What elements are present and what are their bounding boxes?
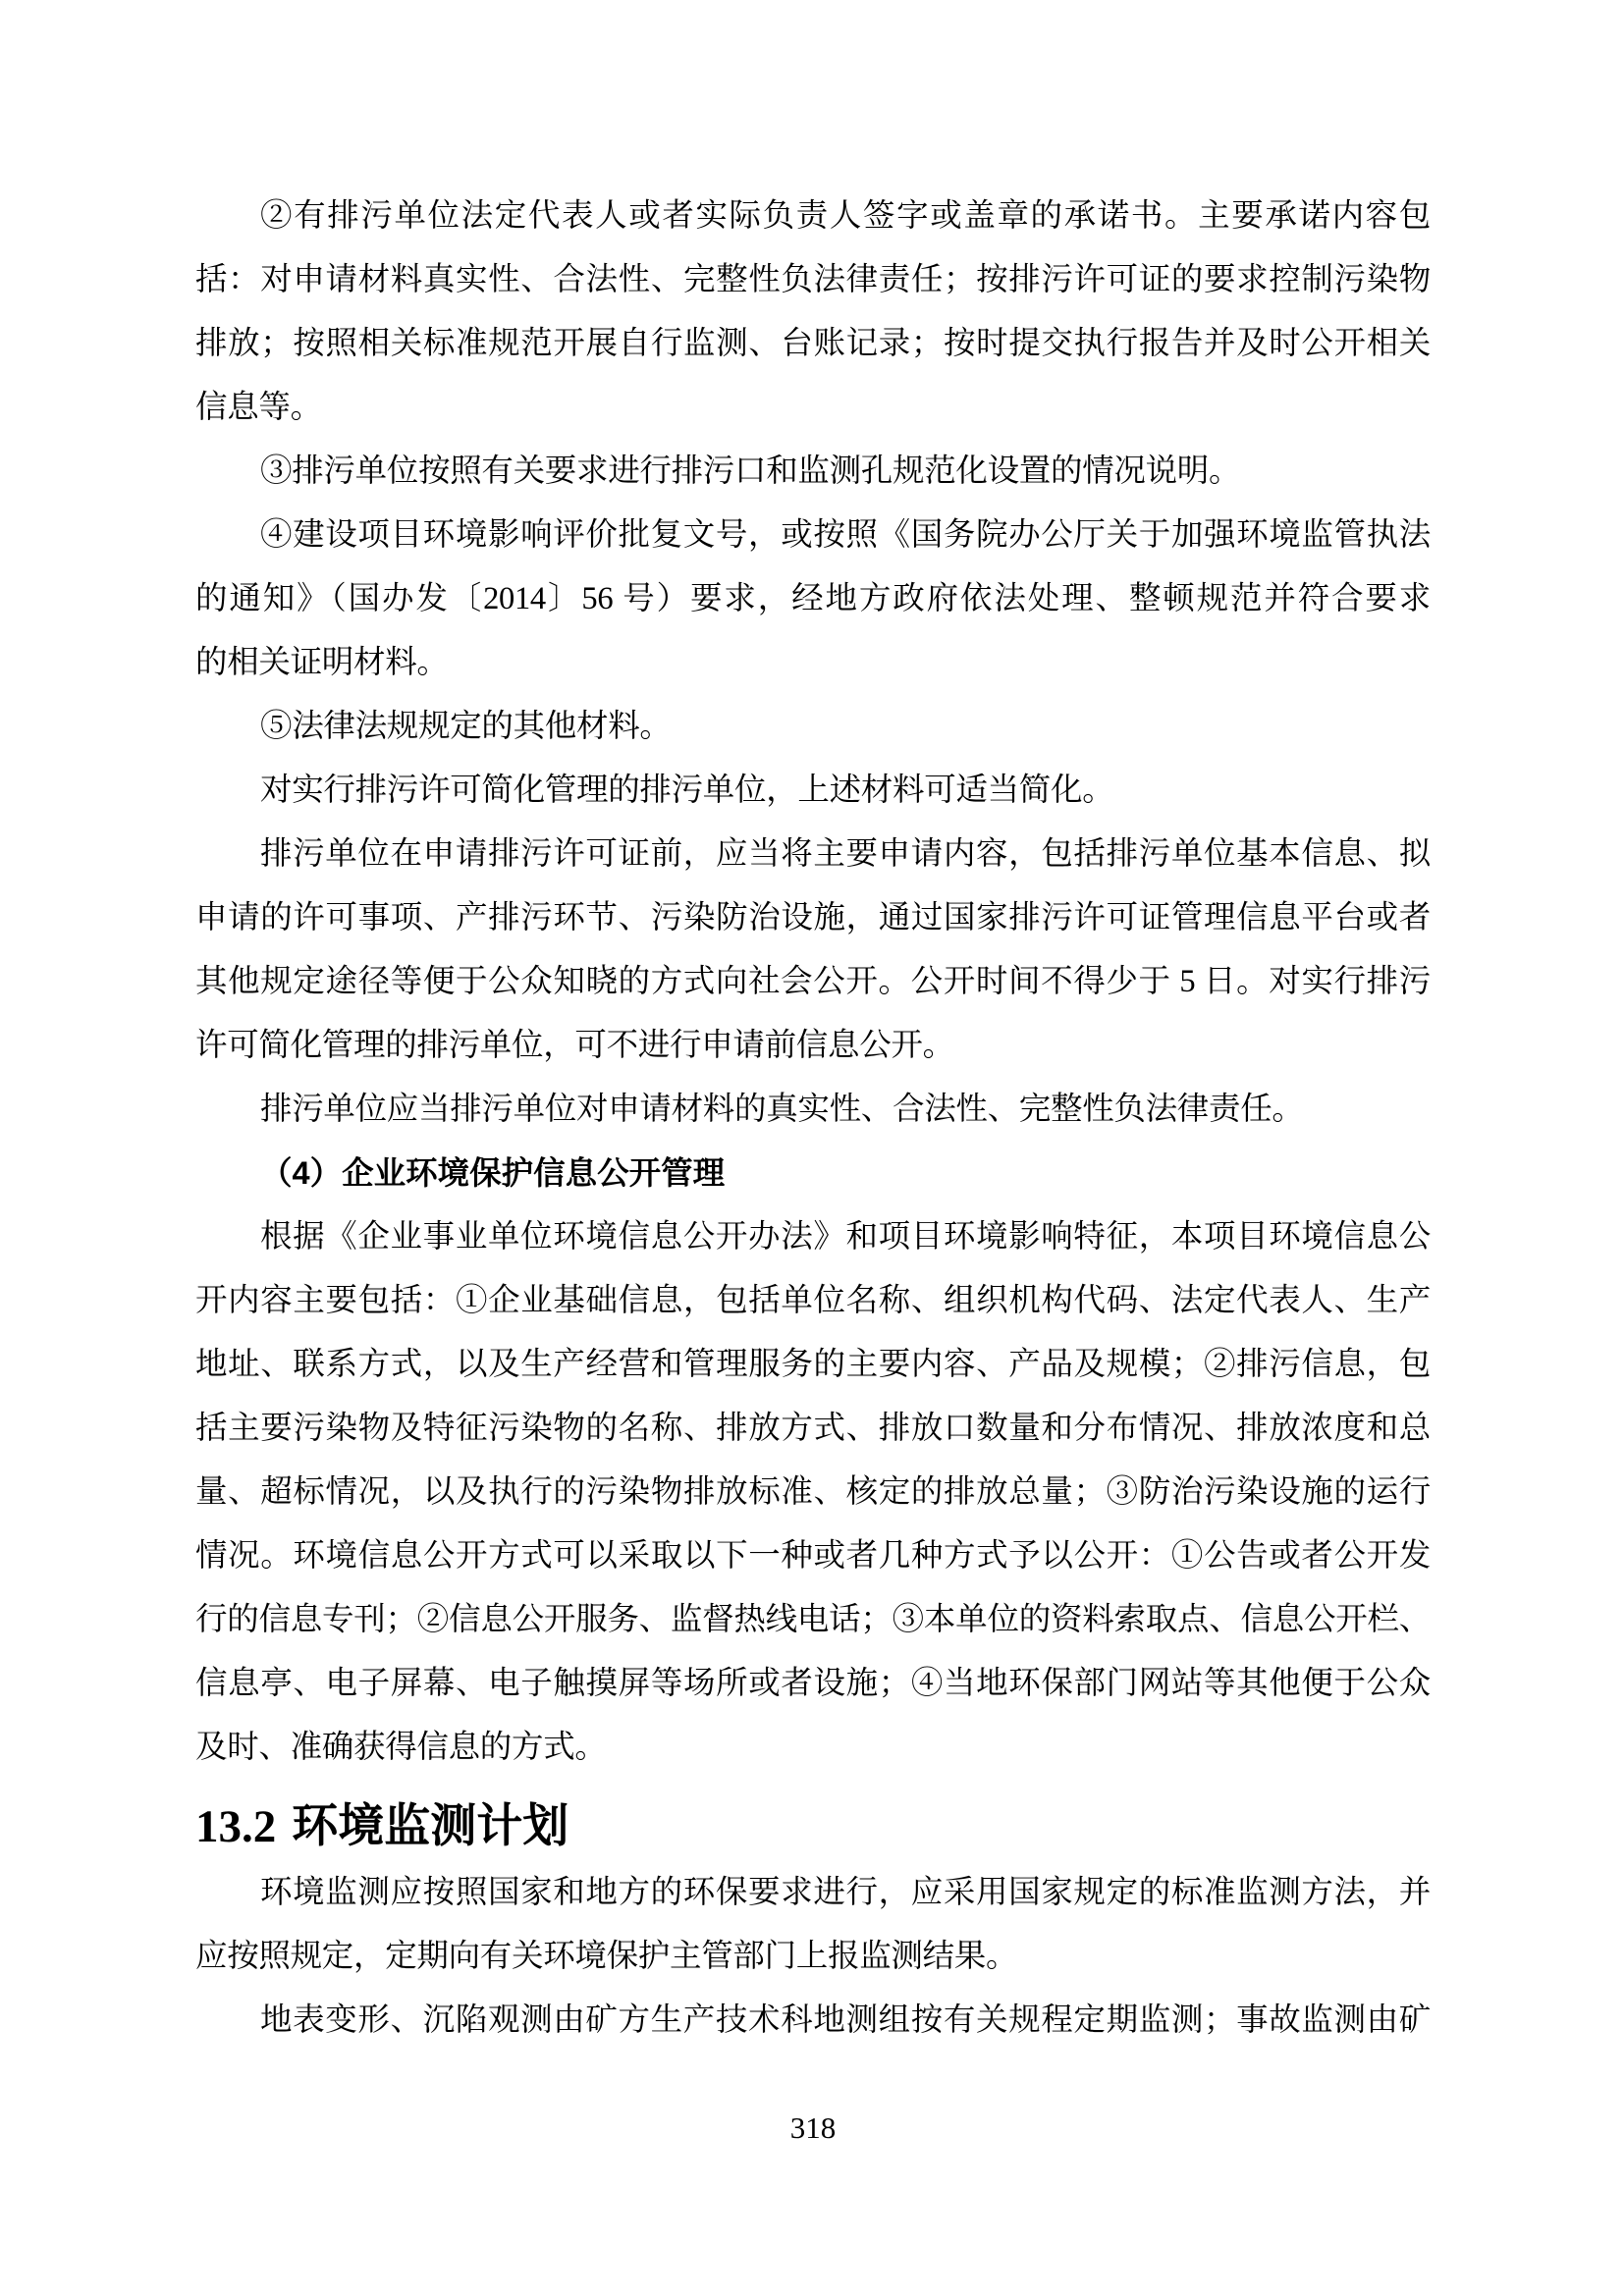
- text-line: 根据《企业事业单位环境信息公开办法》和项目环境影响特征，本项目环境信息公: [195, 1205, 1431, 1269]
- text-line: 开内容主要包括：①企业基础信息，包括单位名称、组织机构代码、法定代表人、生产: [195, 1269, 1431, 1333]
- text-line: 其他规定途径等便于公众知晓的方式向社会公开。公开时间不得少于 5 日。对实行排污: [195, 950, 1431, 1014]
- section-title: 环境监测计划: [292, 1799, 568, 1851]
- text-line: 对实行排污许可简化管理的排污单位，上述材料可适当简化。: [195, 759, 1431, 823]
- text-line: 括主要污染物及特征污染物的名称、排放方式、排放口数量和分布情况、排放浓度和总: [195, 1397, 1431, 1461]
- text-line: 排污单位应当排污单位对申请材料的真实性、合法性、完整性负法律责任。: [195, 1078, 1431, 1142]
- text-block: ②有排污单位法定代表人或者实际负责人签字或盖章的承诺书。主要承诺内容包括：对申请…: [195, 185, 1431, 2053]
- text-line: ⑤法律法规规定的其他材料。: [195, 695, 1431, 759]
- text-line: 许可简化管理的排污单位，可不进行申请前信息公开。: [195, 1014, 1431, 1078]
- text-line: 排污单位在申请排污许可证前，应当将主要申请内容，包括排污单位基本信息、拟: [195, 823, 1431, 886]
- text-line: 行的信息专刊；②信息公开服务、监督热线电话；③本单位的资料索取点、信息公开栏、: [195, 1588, 1431, 1652]
- text-line: ②有排污单位法定代表人或者实际负责人签字或盖章的承诺书。主要承诺内容包: [195, 185, 1431, 248]
- text-line: 环境监测应按照国家和地方的环保要求进行，应采用国家规定的标准监测方法，并: [195, 1861, 1431, 1925]
- text-line: 排放；按照相关标准规范开展自行监测、台账记录；按时提交执行报告并及时公开相关: [195, 312, 1431, 376]
- text-line: 的相关证明材料。: [195, 631, 1431, 695]
- text-line: 应按照规定，定期向有关环境保护主管部门上报监测结果。: [195, 1925, 1431, 1989]
- text-line: 的通知》（国办发〔2014〕56 号）要求，经地方政府依法处理、整顿规范并符合要…: [195, 567, 1431, 631]
- document-page: ②有排污单位法定代表人或者实际负责人签字或盖章的承诺书。主要承诺内容包括：对申请…: [0, 0, 1624, 2296]
- text-line: ④建设项目环境影响评价批复文号，或按照《国务院办公厅关于加强环境监管执法: [195, 504, 1431, 567]
- text-line: 情况。环境信息公开方式可以采取以下一种或者几种方式予以公开：①公告或者公开发: [195, 1524, 1431, 1588]
- page-number: 318: [195, 2110, 1431, 2146]
- text-line: 地表变形、沉陷观测由矿方生产技术科地测组按有关规程定期监测；事故监测由矿: [195, 1989, 1431, 2053]
- section-heading: 13.2环境监测计划: [195, 1791, 1431, 1860]
- text-line: 括：对申请材料真实性、合法性、完整性负法律责任；按排污许可证的要求控制污染物: [195, 248, 1431, 312]
- text-line: 及时、准确获得信息的方式。: [195, 1716, 1431, 1780]
- text-line: ③排污单位按照有关要求进行排污口和监测孔规范化设置的情况说明。: [195, 440, 1431, 504]
- sub-heading: （4）企业环境保护信息公开管理: [195, 1142, 1431, 1205]
- text-line: 量、超标情况，以及执行的污染物排放标准、核定的排放总量；③防治污染设施的运行: [195, 1461, 1431, 1524]
- section-number: 13.2: [195, 1801, 276, 1852]
- text-line: 申请的许可事项、产排污环节、污染防治设施，通过国家排污许可证管理信息平台或者: [195, 886, 1431, 950]
- text-line: 信息等。: [195, 376, 1431, 440]
- text-line: 地址、联系方式，以及生产经营和管理服务的主要内容、产品及规模；②排污信息，包: [195, 1333, 1431, 1397]
- text-line: 信息亭、电子屏幕、电子触摸屏等场所或者设施；④当地环保部门网站等其他便于公众: [195, 1652, 1431, 1716]
